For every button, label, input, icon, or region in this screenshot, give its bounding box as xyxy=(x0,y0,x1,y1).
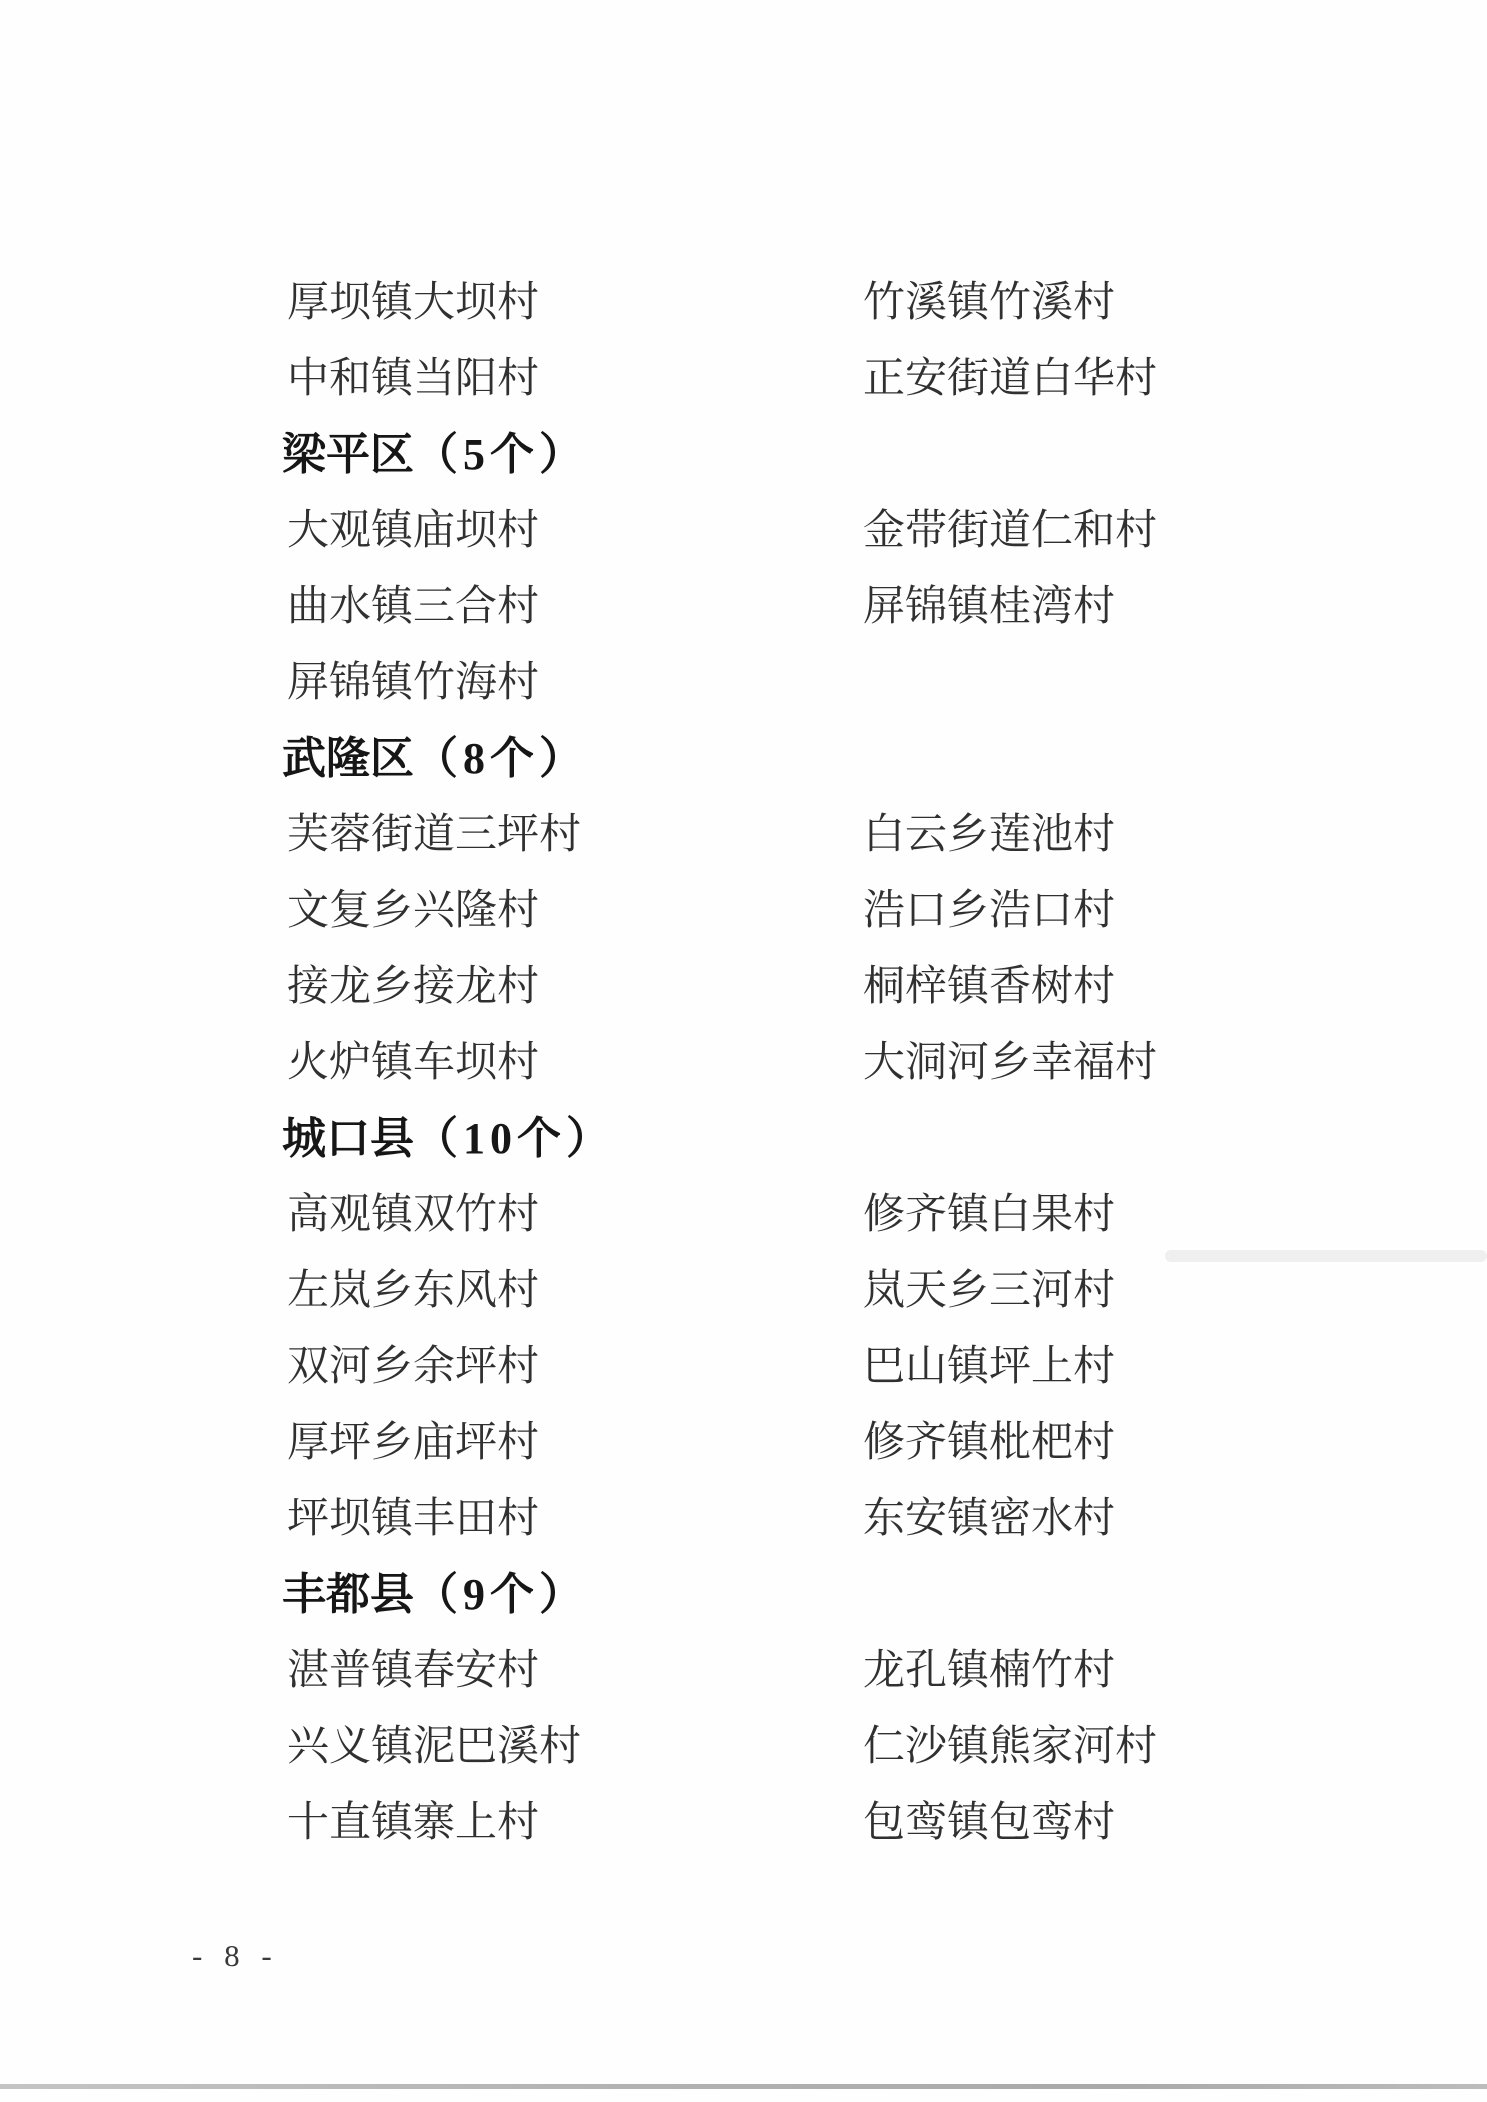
village-row: 兴义镇泥巴溪村仁沙镇熊家河村 xyxy=(287,1709,1407,1785)
village-name: 火炉镇车坝村 xyxy=(287,1025,863,1101)
village-name: 金带街道仁和村 xyxy=(863,493,1407,569)
village-row: 高观镇双竹村修齐镇白果村 xyxy=(287,1177,1407,1253)
village-row: 接龙乡接龙村桐梓镇香树村 xyxy=(287,949,1407,1025)
county-section-header: 城口县（10个） xyxy=(282,1101,1407,1177)
village-name: 文复乡兴隆村 xyxy=(287,873,863,949)
village-name: 仁沙镇熊家河村 xyxy=(863,1709,1407,1785)
village-name: 包鸾镇包鸾村 xyxy=(863,1785,1407,1861)
village-row: 十直镇寨上村包鸾镇包鸾村 xyxy=(287,1785,1407,1861)
scan-streak-artifact xyxy=(1165,1250,1487,1262)
village-name: 高观镇双竹村 xyxy=(287,1177,863,1253)
village-name: 中和镇当阳村 xyxy=(287,341,863,417)
village-list: 厚坝镇大坝村竹溪镇竹溪村中和镇当阳村正安街道白华村梁平区（5个）大观镇庙坝村金带… xyxy=(287,265,1407,1861)
county-section-header: 梁平区（5个） xyxy=(282,417,1407,493)
village-name: 大洞河乡幸福村 xyxy=(863,1025,1407,1101)
village-row: 坪坝镇丰田村东安镇密水村 xyxy=(287,1481,1407,1557)
village-name: 修齐镇枇杷村 xyxy=(863,1405,1407,1481)
village-row: 屏锦镇竹海村 xyxy=(287,645,1407,721)
village-name: 修齐镇白果村 xyxy=(863,1177,1407,1253)
county-village-count: （9个） xyxy=(414,1570,588,1619)
village-name: 龙孔镇楠竹村 xyxy=(863,1633,1407,1709)
village-name: 芙蓉街道三坪村 xyxy=(287,797,863,873)
village-row: 文复乡兴隆村浩口乡浩口村 xyxy=(287,873,1407,949)
village-row: 双河乡余坪村巴山镇坪上村 xyxy=(287,1329,1407,1405)
village-name: 浩口乡浩口村 xyxy=(863,873,1407,949)
village-name: 湛普镇春安村 xyxy=(287,1633,863,1709)
county-section-header: 丰都县（9个） xyxy=(282,1557,1407,1633)
document-page: 厚坝镇大坝村竹溪镇竹溪村中和镇当阳村正安街道白华村梁平区（5个）大观镇庙坝村金带… xyxy=(0,0,1487,2102)
village-name: 曲水镇三合村 xyxy=(287,569,863,645)
page-number: - 8 - xyxy=(192,1938,279,1974)
scan-edge-artifact xyxy=(0,2084,1487,2089)
village-row: 厚坝镇大坝村竹溪镇竹溪村 xyxy=(287,265,1407,341)
village-name: 大观镇庙坝村 xyxy=(287,493,863,569)
village-name xyxy=(863,645,1407,721)
county-name: 城口县 xyxy=(282,1114,414,1163)
county-name: 武隆区 xyxy=(282,734,414,783)
village-name: 东安镇密水村 xyxy=(863,1481,1407,1557)
village-row: 湛普镇春安村龙孔镇楠竹村 xyxy=(287,1633,1407,1709)
village-name: 厚坝镇大坝村 xyxy=(287,265,863,341)
village-name: 岚天乡三河村 xyxy=(863,1253,1407,1329)
village-name: 白云乡莲池村 xyxy=(863,797,1407,873)
village-name: 正安街道白华村 xyxy=(863,341,1407,417)
village-name: 屏锦镇桂湾村 xyxy=(863,569,1407,645)
village-name: 厚坪乡庙坪村 xyxy=(287,1405,863,1481)
village-row: 芙蓉街道三坪村白云乡莲池村 xyxy=(287,797,1407,873)
village-row: 左岚乡东风村岚天乡三河村 xyxy=(287,1253,1407,1329)
village-name: 接龙乡接龙村 xyxy=(287,949,863,1025)
county-name: 梁平区 xyxy=(282,430,414,479)
village-row: 曲水镇三合村屏锦镇桂湾村 xyxy=(287,569,1407,645)
village-name: 屏锦镇竹海村 xyxy=(287,645,863,721)
county-village-count: （5个） xyxy=(414,430,588,479)
county-village-count: （8个） xyxy=(414,734,588,783)
village-name: 桐梓镇香树村 xyxy=(863,949,1407,1025)
village-name: 巴山镇坪上村 xyxy=(863,1329,1407,1405)
village-row: 火炉镇车坝村大洞河乡幸福村 xyxy=(287,1025,1407,1101)
village-row: 中和镇当阳村正安街道白华村 xyxy=(287,341,1407,417)
village-name: 兴义镇泥巴溪村 xyxy=(287,1709,863,1785)
county-village-count: （10个） xyxy=(414,1114,615,1163)
county-section-header: 武隆区（8个） xyxy=(282,721,1407,797)
county-name: 丰都县 xyxy=(282,1570,414,1619)
village-name: 左岚乡东风村 xyxy=(287,1253,863,1329)
village-row: 厚坪乡庙坪村修齐镇枇杷村 xyxy=(287,1405,1407,1481)
village-name: 竹溪镇竹溪村 xyxy=(863,265,1407,341)
village-row: 大观镇庙坝村金带街道仁和村 xyxy=(287,493,1407,569)
village-name: 双河乡余坪村 xyxy=(287,1329,863,1405)
village-name: 坪坝镇丰田村 xyxy=(287,1481,863,1557)
village-name: 十直镇寨上村 xyxy=(287,1785,863,1861)
